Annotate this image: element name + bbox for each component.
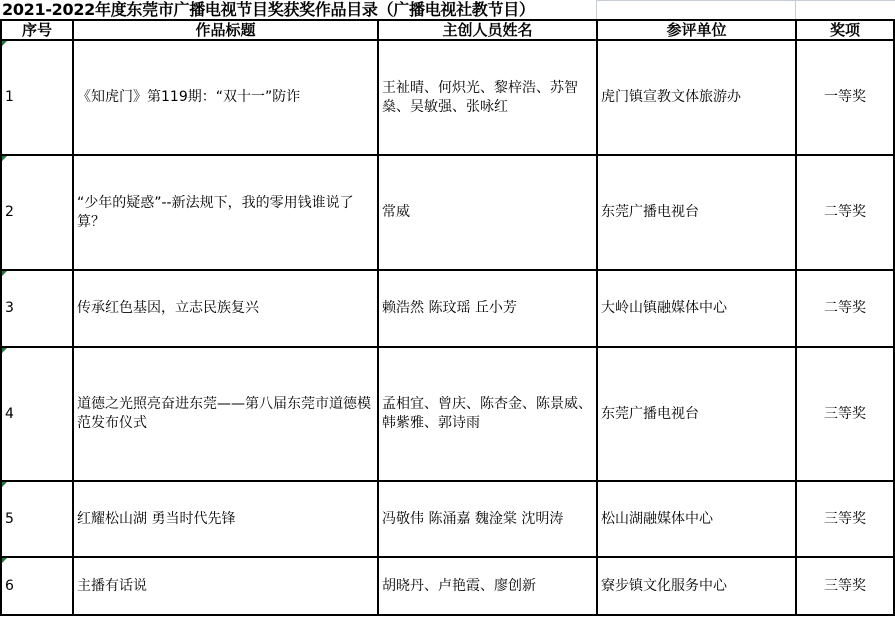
cell-unit[interactable]: 虎门镇宣教文体旅游办	[597, 40, 796, 155]
seq-value: 4	[5, 406, 14, 422]
awards-table: 序号 作品标题 主创人员姓名 参评单位 奖项 1 《知虎门》第119期：“双十一…	[0, 19, 895, 616]
table-row: 1 《知虎门》第119期：“双十一”防诈 王祉晴、何炽光、黎梓浩、苏智燊、吴敏强…	[1, 40, 894, 155]
cell-award[interactable]: 一等奖	[796, 40, 894, 155]
cell-creators[interactable]: 胡晓丹、卢艳霞、廖创新	[378, 557, 597, 615]
cell-title[interactable]: 道德之光照亮奋进东莞——第八届东莞市道德模范发布仪式	[73, 347, 378, 481]
header-award[interactable]: 奖项	[796, 20, 894, 40]
cell-seq[interactable]: 1	[1, 40, 73, 155]
header-seq[interactable]: 序号	[1, 20, 73, 40]
seq-value: 1	[5, 89, 14, 105]
cell-title[interactable]: “少年的疑惑”--新法规下，我的零用钱谁说了算？	[73, 155, 378, 270]
cell-award[interactable]: 二等奖	[796, 155, 894, 270]
cell-unit[interactable]: 东莞广播电视台	[597, 155, 796, 270]
table-row: 3 传承红色基因，立志民族复兴 赖浩然 陈玟瑶 丘小芳 大岭山镇融媒体中心 二等…	[1, 270, 894, 347]
cell-title[interactable]: 《知虎门》第119期：“双十一”防诈	[73, 40, 378, 155]
title-row: 2021-2022年度东莞市广播电视节目奖获奖作品目录（广播电视社教节目）	[0, 0, 895, 20]
cell-unit[interactable]: 东莞广播电视台	[597, 347, 796, 481]
gridline	[795, 0, 796, 20]
gridline-top	[596, 0, 895, 1]
cell-title[interactable]: 红耀松山湖 勇当时代先锋	[73, 481, 378, 557]
cell-unit[interactable]: 大岭山镇融媒体中心	[597, 270, 796, 347]
gridline	[596, 0, 597, 20]
number-stored-as-text-marker	[2, 271, 7, 276]
cell-title[interactable]: 传承红色基因，立志民族复兴	[73, 270, 378, 347]
cell-award[interactable]: 三等奖	[796, 347, 894, 481]
cell-seq[interactable]: 6	[1, 557, 73, 615]
cell-seq[interactable]: 4	[1, 347, 73, 481]
number-stored-as-text-marker	[2, 348, 7, 353]
cell-creators[interactable]: 常威	[378, 155, 597, 270]
header-creators[interactable]: 主创人员姓名	[378, 20, 597, 40]
number-stored-as-text-marker	[2, 156, 7, 161]
cell-award[interactable]: 三等奖	[796, 481, 894, 557]
seq-value: 2	[5, 204, 14, 220]
number-stored-as-text-marker	[2, 41, 7, 46]
cell-creators[interactable]: 冯敬伟 陈涌嘉 魏淦棠 沈明涛	[378, 481, 597, 557]
cell-seq[interactable]: 5	[1, 481, 73, 557]
document-title[interactable]: 2021-2022年度东莞市广播电视节目奖获奖作品目录（广播电视社教节目）	[2, 0, 535, 20]
cell-creators[interactable]: 孟相宜、曾庆、陈杏金、陈景威、韩紫雅、郭诗雨	[378, 347, 597, 481]
table-row: 6 主播有话说 胡晓丹、卢艳霞、廖创新 寮步镇文化服务中心 三等奖	[1, 557, 894, 615]
seq-value: 6	[5, 578, 14, 594]
cell-award[interactable]: 三等奖	[796, 557, 894, 615]
number-stored-as-text-marker	[2, 482, 7, 487]
cell-title[interactable]: 主播有话说	[73, 557, 378, 615]
cell-creators[interactable]: 赖浩然 陈玟瑶 丘小芳	[378, 270, 597, 347]
table-row: 2 “少年的疑惑”--新法规下，我的零用钱谁说了算？ 常威 东莞广播电视台 二等…	[1, 155, 894, 270]
header-row: 序号 作品标题 主创人员姓名 参评单位 奖项	[1, 20, 894, 40]
number-stored-as-text-marker	[2, 558, 7, 563]
cell-award[interactable]: 二等奖	[796, 270, 894, 347]
seq-value: 3	[5, 300, 14, 316]
header-title[interactable]: 作品标题	[73, 20, 378, 40]
cell-seq[interactable]: 3	[1, 270, 73, 347]
cell-seq[interactable]: 2	[1, 155, 73, 270]
cell-creators[interactable]: 王祉晴、何炽光、黎梓浩、苏智燊、吴敏强、张咏红	[378, 40, 597, 155]
seq-value: 5	[5, 511, 14, 527]
cell-unit[interactable]: 寮步镇文化服务中心	[597, 557, 796, 615]
cell-unit[interactable]: 松山湖融媒体中心	[597, 481, 796, 557]
table-row: 4 道德之光照亮奋进东莞——第八届东莞市道德模范发布仪式 孟相宜、曾庆、陈杏金、…	[1, 347, 894, 481]
header-unit[interactable]: 参评单位	[597, 20, 796, 40]
table-row: 5 红耀松山湖 勇当时代先锋 冯敬伟 陈涌嘉 魏淦棠 沈明涛 松山湖融媒体中心 …	[1, 481, 894, 557]
